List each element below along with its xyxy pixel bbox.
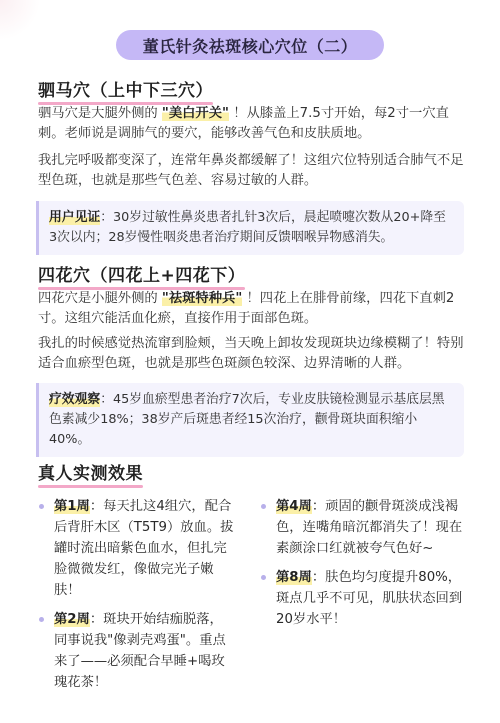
sima-description: 驷马穴是大腿外侧的 "美白开关" ！从膝盖上7.5寸开始，每2寸一穴直刺。老师说… <box>38 104 466 144</box>
result-week-2: 第2周：斑块开始结痂脱落，同事说我"像剥壳鸡蛋"。重点来了——必须配合早睡+喝玫… <box>36 609 236 693</box>
text: 四花穴是小腿外侧的 <box>38 291 158 306</box>
bullet-icon <box>39 504 44 509</box>
section-heading-sihua: 四花穴（四花上+四花下） <box>38 261 245 288</box>
heading-underline <box>38 485 143 488</box>
results-left-column: 第1周：每天扎这4组穴，配合后背肝木区（T5T9）放血。拔罐时流出暗紫色血水，但… <box>36 496 236 701</box>
bullet-icon <box>261 504 266 509</box>
page-title-text: 董氏针灸祛斑核心穴位（二） <box>143 34 358 57</box>
section-heading-text: 四花穴（四花上+四花下） <box>38 266 245 286</box>
testimonial-label: 用户见证 <box>49 210 100 225</box>
highlight-keyword: "美白开关" <box>162 106 229 121</box>
week-label: 第2周 <box>54 612 90 627</box>
section-heading-sima: 驷马穴（上中下三穴） <box>38 76 213 103</box>
week-label: 第4周 <box>276 499 312 514</box>
sihua-description: 四花穴是小腿外侧的 "祛斑特种兵" ！四花上在腓骨前缘，四花下直刺2寸。这组穴能… <box>38 289 466 329</box>
section-heading-results: 真人实测效果 <box>38 459 143 486</box>
week-label: 第1周 <box>54 499 90 514</box>
article-page: 董氏针灸祛斑核心穴位（二） 驷马穴（上中下三穴） 驷马穴是大腿外侧的 "美白开关… <box>0 0 500 723</box>
observation-label: 疗效观察 <box>49 392 100 407</box>
sihua-experience: 我扎的时候感觉热流窜到脸颊，当天晚上卸妆发现斑块边缘模糊了！特别适合血瘀型色斑，… <box>38 334 466 374</box>
bullet-icon <box>39 617 44 622</box>
result-week-8: 第8周：肤色均匀度提升80%，斑点几乎不可见，肌肤状态回到20岁水平！ <box>258 567 468 630</box>
efficacy-observation-box: 疗效观察：45岁血瘀型患者治疗7次后，专业皮肤镜检测显示基底层黑色素减少18%；… <box>36 383 464 457</box>
bullet-icon <box>261 575 266 580</box>
results-right-column: 第4周：顽固的颧骨斑淡成浅褐色，连嘴角暗沉都消失了！现在素颜涂口红就被夸气色好~… <box>258 496 468 638</box>
sima-experience: 我扎完呼吸都变深了，连常年鼻炎都缓解了！这组穴位特别适合肺气不足型色斑，也就是那… <box>38 151 466 191</box>
week-label: 第8周 <box>276 570 312 585</box>
user-testimonial-box: 用户见证：30岁过敏性鼻炎患者扎针3次后，晨起喷嚏次数从20+降至3次以内；28… <box>36 201 464 255</box>
section-heading-text: 驷马穴（上中下三穴） <box>38 81 213 101</box>
section-heading-text: 真人实测效果 <box>38 464 143 484</box>
testimonial-text: ：30岁过敏性鼻炎患者扎针3次后，晨起喷嚏次数从20+降至3次以内；28岁慢性咽… <box>49 210 446 245</box>
highlight-keyword: "祛斑特种兵" <box>162 291 242 306</box>
page-title: 董氏针灸祛斑核心穴位（二） <box>116 30 384 60</box>
text: 驷马穴是大腿外侧的 <box>38 106 158 121</box>
result-week-4: 第4周：顽固的颧骨斑淡成浅褐色，连嘴角暗沉都消失了！现在素颜涂口红就被夸气色好~ <box>258 496 468 559</box>
result-week-1: 第1周：每天扎这4组穴，配合后背肝木区（T5T9）放血。拔罐时流出暗紫色血水，但… <box>36 496 236 601</box>
observation-text: ：45岁血瘀型患者治疗7次后，专业皮肤镜检测显示基底层黑色素减少18%；38岁产… <box>49 392 445 447</box>
